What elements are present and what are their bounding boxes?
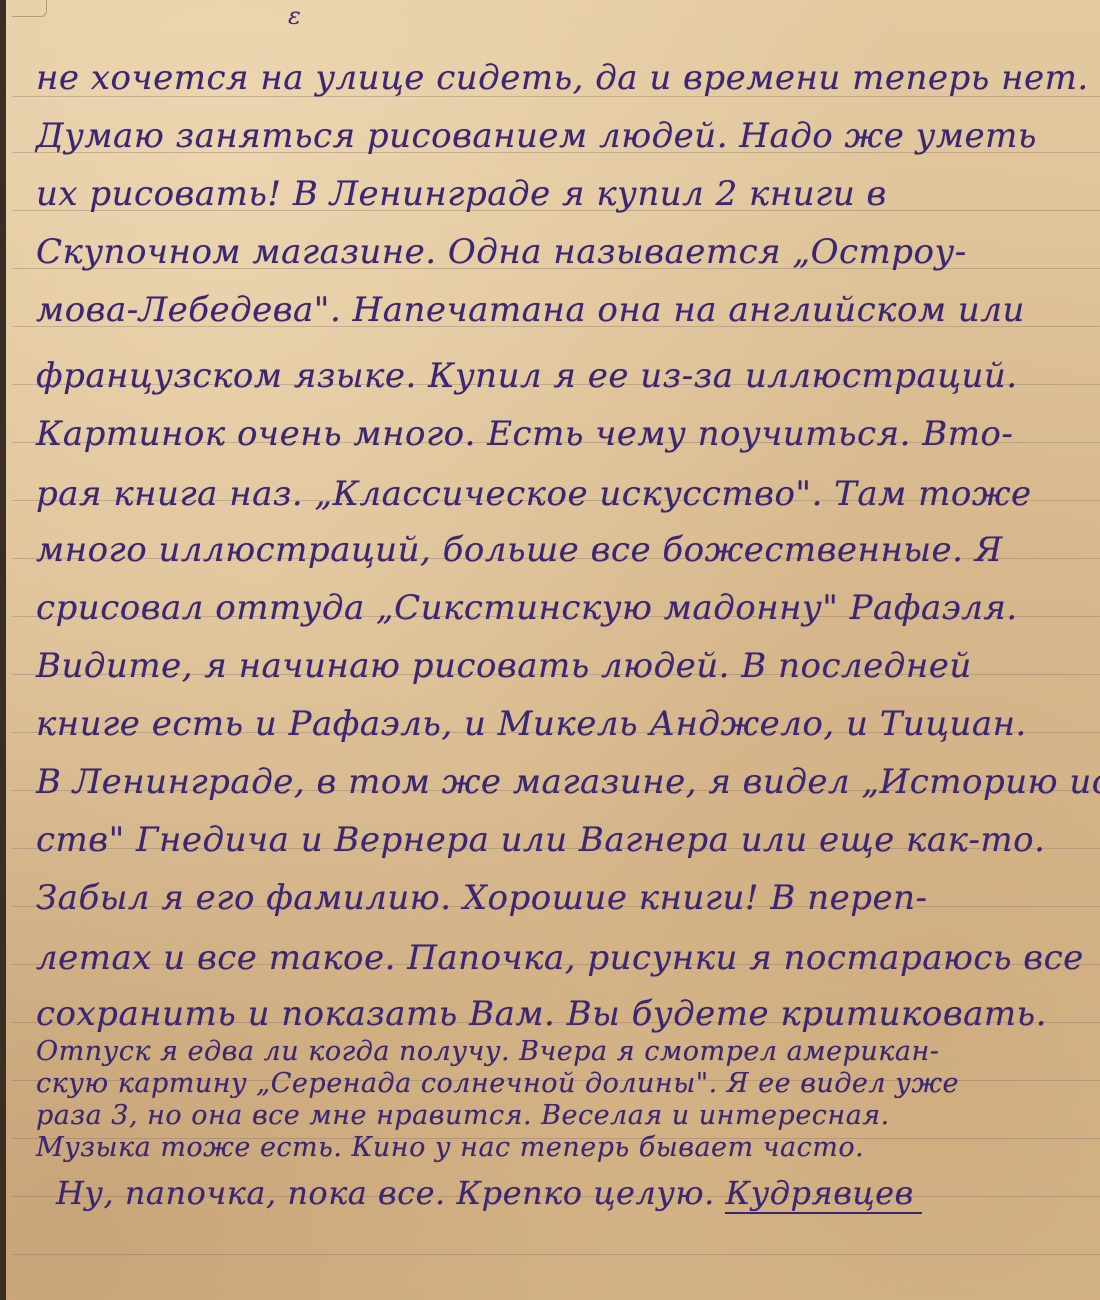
letter-line: В Ленинграде, в том же магазине, я видел…	[36, 762, 1100, 802]
letter-page: ε не хочется на улице сидеть, да и време…	[0, 0, 1100, 1300]
letter-line: Отпуск я едва ли когда получу. Вчера я с…	[36, 1036, 939, 1067]
letter-line: Видите, я начинаю рисовать людей. В посл…	[36, 646, 972, 686]
letter-line: Картинок очень много. Есть чему поучитьс…	[36, 414, 1013, 454]
letter-line: Скупочном магазине. Одна называется „Ост…	[36, 232, 967, 272]
ruled-line	[12, 1254, 1100, 1255]
letter-line: много иллюстраций, больше все божественн…	[36, 530, 1003, 570]
letter-line: срисовал оттуда „Сикстинскую мадонну" Ра…	[36, 588, 1018, 628]
letter-line: скую картину „Серенада солнечной долины"…	[36, 1068, 959, 1099]
letter-line: французском языке. Купил я ее из-за иллю…	[36, 356, 1018, 396]
letter-line: раза 3, но она все мне нравится. Веселая…	[36, 1100, 890, 1131]
letter-line: ств" Гнедича и Вернера или Вагнера или е…	[36, 820, 1045, 860]
letter-line: рая книга наз. „Классическое искусство".…	[36, 474, 1032, 514]
signature: Кудрявцев	[725, 1174, 921, 1214]
letter-line: их рисовать! В Ленинграде я купил 2 книг…	[36, 174, 887, 214]
letter-line: мова-Лебедева". Напечатана она на англий…	[36, 290, 1025, 330]
letter-line: сохранить и показать Вам. Вы будете крит…	[36, 994, 1047, 1034]
letter-line: книге есть и Рафаэль, и Микель Анджело, …	[36, 704, 1027, 744]
letter-line: не хочется на улице сидеть, да и времени…	[36, 58, 1089, 98]
paper-corner-fold	[12, 0, 47, 17]
letter-line: Забыл я его фамилию. Хорошие книги! В пе…	[36, 878, 928, 918]
letter-line: Музыка тоже есть. Кино у нас теперь быва…	[36, 1132, 864, 1163]
letter-line: Думаю заняться рисованием людей. Надо же…	[36, 116, 1037, 156]
closing-text: Ну, папочка, пока все. Крепко целую.	[56, 1174, 715, 1212]
insert-mark: ε	[288, 2, 301, 30]
closing-line: Ну, папочка, пока все. Крепко целую. Куд…	[56, 1174, 922, 1212]
letter-line: летах и все такое. Папочка, рисунки я по…	[36, 938, 1084, 978]
